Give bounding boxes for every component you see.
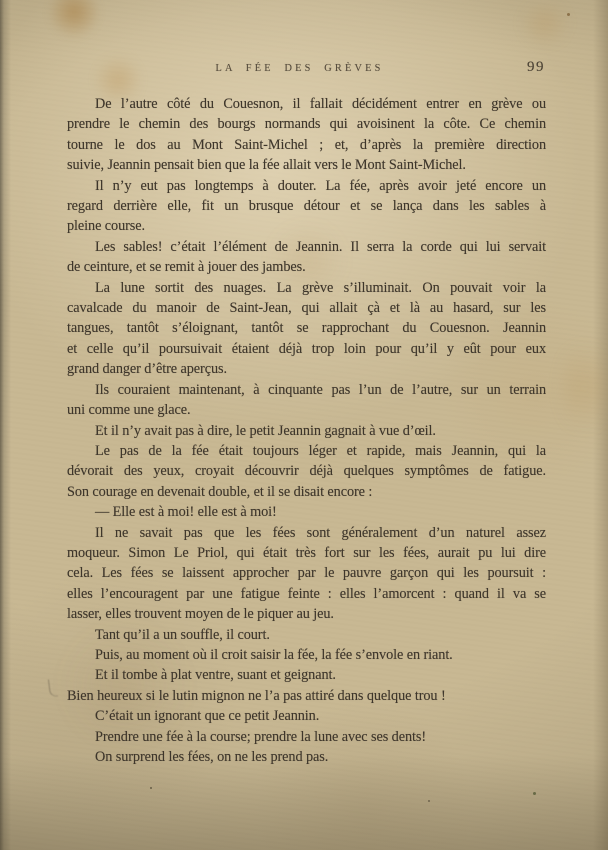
text-line: Il ne savait pas que les fées sont génér… bbox=[67, 523, 546, 543]
paper-stain bbox=[46, 0, 102, 38]
text-line: suivie, Jeannin pensait bien que la fée … bbox=[67, 155, 546, 175]
paper-speck bbox=[150, 787, 152, 789]
text-line: Le pas de la fée était toujours léger et… bbox=[67, 441, 546, 461]
text-line: pleine course. bbox=[67, 216, 546, 236]
text-line: de ceinture, et se remit à jouer des jam… bbox=[67, 257, 546, 277]
text-line: La lune sortit des nuages. La grève s’il… bbox=[67, 278, 546, 298]
text-line: tangues, tantôt s’éloignant, tantôt se r… bbox=[67, 318, 546, 338]
page-number: 99 bbox=[527, 59, 545, 76]
running-header: LA FÉE DES GRÈVES 99 bbox=[67, 60, 546, 78]
paragraph: Il ne savait pas que les fées sont génér… bbox=[67, 523, 546, 625]
text-line: De l’autre côté du Couesnon, il fallait … bbox=[67, 94, 546, 114]
running-title: LA FÉE DES GRÈVES bbox=[67, 63, 532, 74]
text-line: Puis, au moment où il croit saisir la fé… bbox=[67, 645, 546, 665]
text-line: Bien heureux si le lutin mignon ne l’a p… bbox=[67, 686, 546, 706]
text-line: tourne le dos au Mont Saint-Michel ; et,… bbox=[67, 135, 546, 155]
text-line: et celle qu’il poursuivait étaient déjà … bbox=[67, 339, 546, 359]
text-line: elles l’encouragent par une fatigue fein… bbox=[67, 584, 546, 604]
paragraph: Tant qu’il a un souffle, il court. bbox=[67, 625, 546, 645]
paper-stain bbox=[518, 2, 572, 44]
paragraph: Et il n’y avait pas à dire, le petit Jea… bbox=[67, 421, 546, 441]
pencil-mark bbox=[48, 679, 58, 698]
paragraph: Puis, au moment où il croit saisir la fé… bbox=[67, 645, 546, 665]
text-line: grand danger d’être aperçus. bbox=[67, 359, 546, 379]
paper-speck bbox=[567, 13, 570, 16]
text-line: prendre le chemin des bourgs normands qu… bbox=[67, 114, 546, 134]
text-line: C’était un ignorant que ce petit Jeannin… bbox=[67, 706, 546, 726]
paragraph: — Elle est à moi! elle est à moi! bbox=[67, 502, 546, 522]
text-line: Prendre une fée à la course; prendre la … bbox=[67, 727, 546, 747]
text-line: Ils couraient maintenant, à cinquante pa… bbox=[67, 380, 546, 400]
paragraph: Et il tombe à plat ventre, suant et geig… bbox=[67, 665, 546, 685]
text-line: Son courage en devenait double, et il se… bbox=[67, 482, 546, 502]
paragraph: C’était un ignorant que ce petit Jeannin… bbox=[67, 706, 546, 726]
paragraph: Il n’y eut pas longtemps à douter. La fé… bbox=[67, 176, 546, 237]
paragraph: Ils couraient maintenant, à cinquante pa… bbox=[67, 380, 546, 421]
text-line: Et il n’y avait pas à dire, le petit Jea… bbox=[67, 421, 546, 441]
paragraph: Les sables! c’était l’élément de Jeannin… bbox=[67, 237, 546, 278]
paragraph: On surprend les fées, on ne les prend pa… bbox=[67, 747, 546, 767]
text-block: De l’autre côté du Couesnon, il fallait … bbox=[67, 94, 546, 767]
paper-speck bbox=[428, 800, 430, 802]
paper-speck bbox=[533, 792, 536, 795]
paragraph: Le pas de la fée était toujours léger et… bbox=[67, 441, 546, 502]
paragraph: Bien heureux si le lutin mignon ne l’a p… bbox=[67, 686, 546, 706]
paragraph: De l’autre côté du Couesnon, il fallait … bbox=[67, 94, 546, 176]
book-page: LA FÉE DES GRÈVES 99 De l’autre côté du … bbox=[0, 0, 608, 850]
text-line: — Elle est à moi! elle est à moi! bbox=[67, 502, 546, 522]
text-line: Tant qu’il a un souffle, il court. bbox=[67, 625, 546, 645]
text-line: cavalcade du manoir de Saint-Jean, qui a… bbox=[67, 298, 546, 318]
text-line: On surprend les fées, on ne les prend pa… bbox=[67, 747, 546, 767]
text-line: dévorait des yeux, croyait découvrir déj… bbox=[67, 461, 546, 481]
text-line: regard derrière elle, fit un brusque dét… bbox=[67, 196, 546, 216]
paragraph: La lune sortit des nuages. La grève s’il… bbox=[67, 278, 546, 380]
paragraph: Prendre une fée à la course; prendre la … bbox=[67, 727, 546, 747]
text-line: Les sables! c’était l’élément de Jeannin… bbox=[67, 237, 546, 257]
text-line: cela. Les fées se laissent approcher par… bbox=[67, 563, 546, 583]
text-line: Il n’y eut pas longtemps à douter. La fé… bbox=[67, 176, 546, 196]
text-line: uni comme une glace. bbox=[67, 400, 546, 420]
text-line: Et il tombe à plat ventre, suant et geig… bbox=[67, 665, 546, 685]
paper-stain bbox=[562, 332, 606, 442]
text-line: lasser, elles trouvent moyen de le pique… bbox=[67, 604, 546, 624]
text-line: moqueur. Simon Le Priol, qui était très … bbox=[67, 543, 546, 563]
